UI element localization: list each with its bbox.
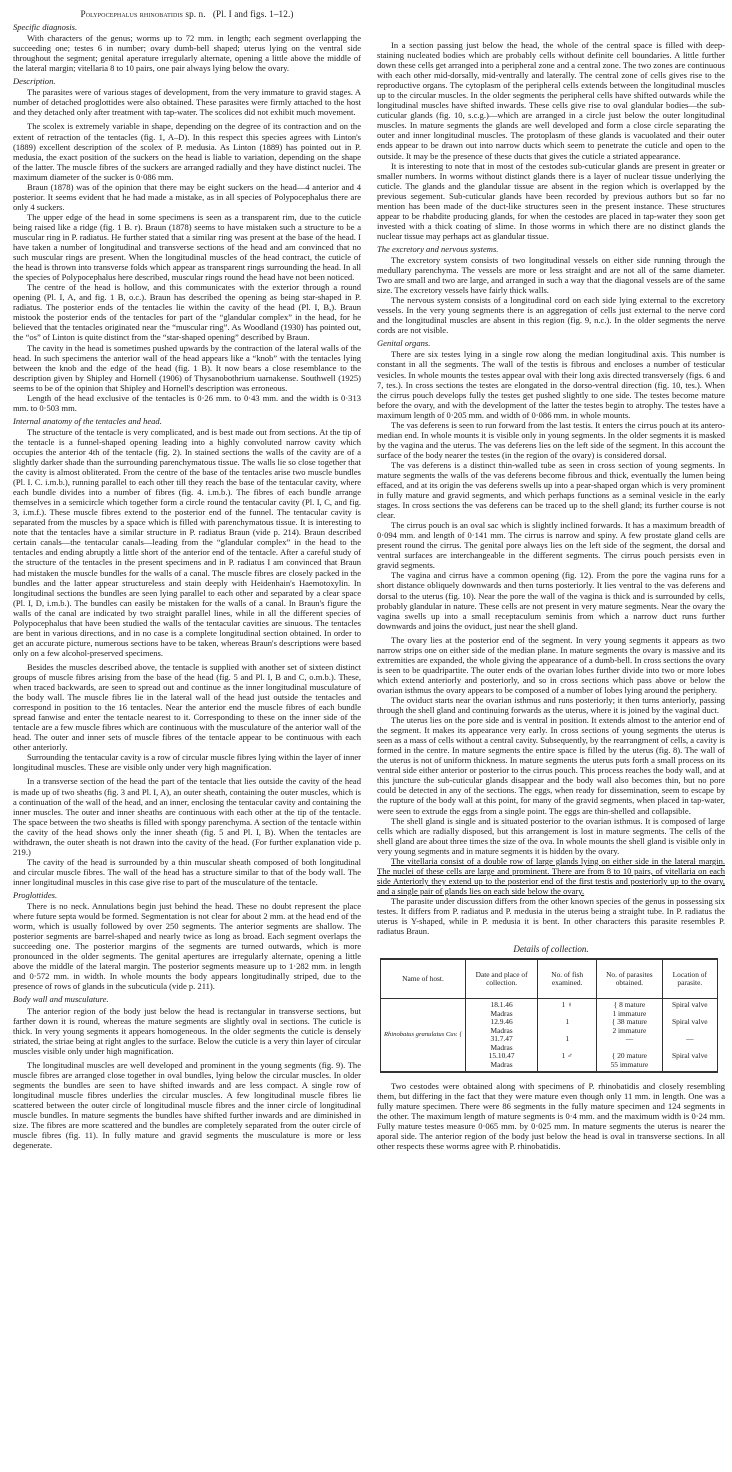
- paragraph: Length of the head exclusive of the tent…: [13, 393, 361, 413]
- section-heading: Specific diagnosis.: [13, 22, 361, 32]
- paragraph: The excretory system consists of two lon…: [377, 255, 725, 295]
- right-column: In a section passing just below the head…: [377, 0, 725, 1152]
- parasite-count: —: [600, 1035, 658, 1052]
- paragraph: The vas deferens is seen to run forward …: [377, 420, 725, 460]
- date-entry: 12.9.46Madras: [469, 1018, 534, 1035]
- section-heading: Proglottides.: [13, 890, 361, 900]
- location-value: Spiral valve: [666, 1052, 714, 1069]
- plate-reference: (Pl. I and figs. 1–12.): [213, 9, 294, 19]
- paragraph: The nervous system consists of a longitu…: [377, 295, 725, 335]
- paragraph: The scolex is extremely variable in shap…: [13, 121, 361, 181]
- location-value: —: [666, 1035, 714, 1052]
- date-entry: 15.10.47Madras: [469, 1052, 534, 1069]
- parasite-count: { 8 mature1 immature: [600, 1001, 658, 1018]
- paragraph: In a transverse section of the head the …: [13, 776, 361, 856]
- section-heading: The excretory and nervous systems.: [377, 244, 725, 254]
- paragraph: The parasite under discussion differs fr…: [377, 896, 725, 936]
- fish-count: 1 ♂: [541, 1052, 593, 1069]
- paragraph: The parasites were of various stages of …: [13, 87, 361, 117]
- location-value: Spiral valve: [666, 1001, 714, 1018]
- column-header-host: Name of host.: [381, 959, 466, 999]
- paragraph: The uterus lies on the pore side and is …: [377, 715, 725, 815]
- paragraph: With characters of the genus; worms up t…: [13, 33, 361, 73]
- paragraph: In a section passing just below the head…: [377, 40, 725, 161]
- column-header-location: Location of parasite.: [662, 959, 717, 999]
- location-value: Spiral valve: [666, 1018, 714, 1035]
- top-margin: [377, 0, 725, 40]
- paragraph: It is interesting to note that in most o…: [377, 161, 725, 241]
- host-name: Rhinobatus granulatus Cuv.: [384, 1031, 458, 1038]
- paragraph: The ovary lies at the posterior end of t…: [377, 635, 725, 695]
- paragraph-underlined: The vitellaria consist of a double row o…: [377, 856, 725, 896]
- paragraph: The shell gland is single and is situate…: [377, 816, 725, 856]
- table-row: Rhinobatus granulatus Cuv. { 18.1.46Madr…: [381, 999, 718, 1073]
- paragraph: Besides the muscles described above, the…: [13, 662, 361, 752]
- paragraph: The cirrus pouch is an oval sac which is…: [377, 520, 725, 570]
- paragraph: There are six testes lying in a single r…: [377, 349, 725, 419]
- paragraph: The cavity of the head is surrounded by …: [13, 857, 361, 887]
- left-column: Polypocephalus rhinobatidis sp. n. (Pl. …: [13, 0, 361, 1150]
- species-suffix: sp. n.: [183, 9, 206, 19]
- paragraph: Two cestodes were obtained along with sp…: [377, 1081, 725, 1151]
- paragraph: The vagina and cirrus have a common open…: [377, 570, 725, 630]
- table-header-row: Name of host. Date and place of collecti…: [381, 959, 718, 999]
- column-header-date: Date and place of collection.: [466, 959, 538, 999]
- paragraph: The upper edge of the head in some speci…: [13, 212, 361, 282]
- column-header-fish: No. of fish examined.: [538, 959, 597, 999]
- paragraph: The vas deferens is a distinct thin-wall…: [377, 460, 725, 520]
- parasite-count: { 38 mature2 immature: [600, 1018, 658, 1035]
- fish-count: 1: [541, 1018, 593, 1035]
- date-cell: 18.1.46Madras 12.9.46Madras 31.7.47Madra…: [466, 999, 538, 1073]
- section-heading: Internal anatomy of the tentacles and he…: [13, 416, 361, 426]
- paragraph: Surrounding the tentacular cavity is a r…: [13, 752, 361, 772]
- parasite-count: { 20 mature55 immature: [600, 1052, 658, 1069]
- date-entry: 18.1.46Madras: [469, 1001, 534, 1018]
- fish-count: 1 ♀: [541, 1001, 593, 1018]
- table-title: Details of collection.: [377, 944, 725, 954]
- location-cell: Spiral valve Spiral valve — Spiral valve: [662, 999, 717, 1073]
- species-name: Polypocephalus rhinobatidis: [80, 9, 183, 19]
- parasites-cell: { 8 mature1 immature { 38 mature2 immatu…: [597, 999, 662, 1073]
- paragraph: The centre of the head is hollow, and th…: [13, 282, 361, 342]
- paragraph: The cavity in the head is sometimes push…: [13, 343, 361, 393]
- section-heading: Genital organs.: [377, 338, 725, 348]
- paragraph: The oviduct starts near the ovarian isth…: [377, 695, 725, 715]
- paragraph: Braun (1878) was of the opinion that the…: [13, 182, 361, 212]
- fish-cell: 1 ♀ 1 1 1 ♂: [538, 999, 597, 1073]
- collection-table: Name of host. Date and place of collecti…: [380, 958, 718, 1073]
- paragraph: The longitudinal muscles are well develo…: [13, 1060, 361, 1150]
- species-title: Polypocephalus rhinobatidis sp. n. (Pl. …: [13, 9, 361, 19]
- paragraph: There is no neck. Annulations begin just…: [13, 901, 361, 991]
- paragraph: The structure of the tentacle is very co…: [13, 427, 361, 658]
- section-heading: Description.: [13, 76, 361, 86]
- column-header-parasites: No. of parasites obtained.: [597, 959, 662, 999]
- fish-count: 1: [541, 1035, 593, 1052]
- date-entry: 31.7.47Madras: [469, 1035, 534, 1052]
- section-heading: Body wall and musculature.: [13, 994, 361, 1004]
- host-name-cell: Rhinobatus granulatus Cuv. {: [381, 999, 466, 1073]
- paragraph: The anterior region of the body just bel…: [13, 1006, 361, 1056]
